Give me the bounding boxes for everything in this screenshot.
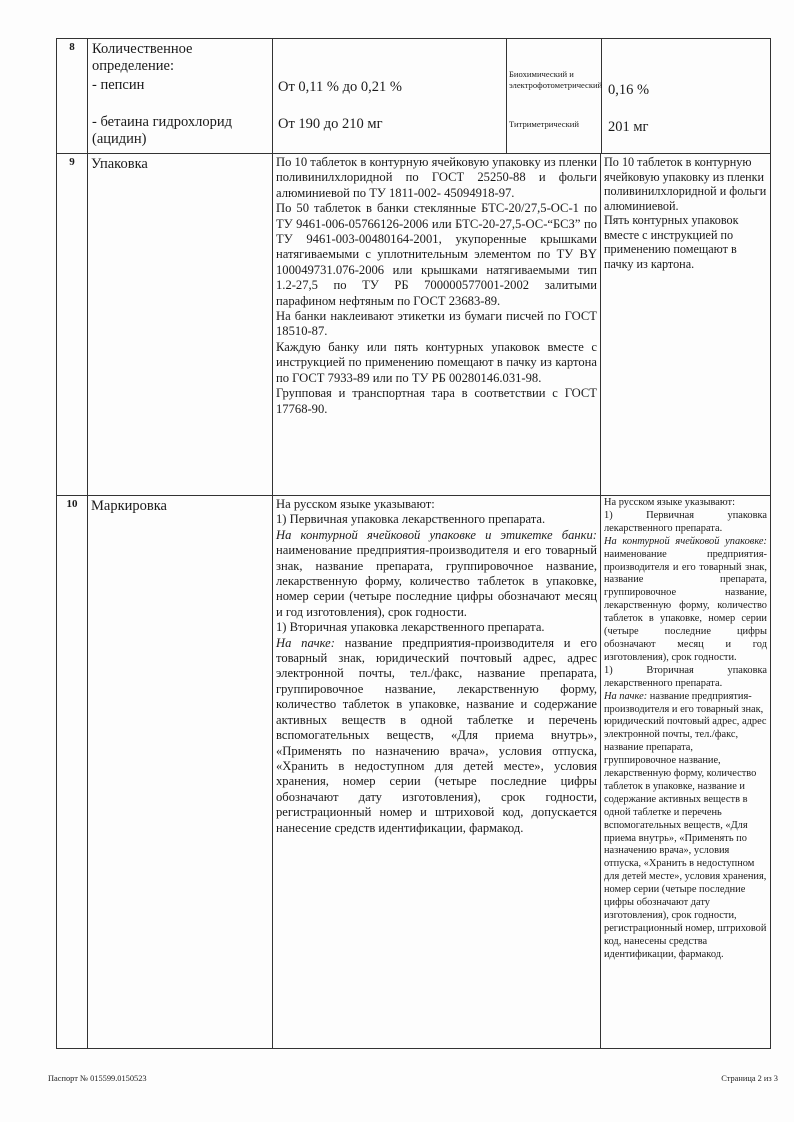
spec-paragraph: Групповая и транспортная тара в соответс… bbox=[276, 386, 597, 417]
row-number: 8 bbox=[57, 39, 88, 154]
spec-primary-label: На контурной ячейковой упаковке и этикет… bbox=[276, 528, 597, 542]
result-paragraph: По 10 таблеток в контурную ячейковую упа… bbox=[604, 155, 767, 213]
page-indicator: Страница 2 из 3 bbox=[721, 1074, 778, 1083]
result-secondary-heading: 1) Вторичная упаковка лекарственного пре… bbox=[604, 665, 767, 691]
spec-value: От 190 до 210 мг bbox=[278, 116, 383, 133]
result-primary-text: наименование предприятия-производителя и… bbox=[604, 549, 767, 663]
result-primary-heading: 1) Первичная упаковка лекарственного пре… bbox=[604, 510, 767, 536]
method: Титриметрический bbox=[509, 119, 601, 130]
table-row-marking: 10 Маркировка На русском языке указывают… bbox=[57, 496, 771, 1049]
spec-paragraph: Каждую банку или пять контурных упаковок… bbox=[276, 340, 597, 386]
result-secondary-label: На пачке: bbox=[604, 691, 647, 702]
spec-cell: На русском языке указывают: 1) Первичная… bbox=[273, 496, 601, 1049]
spec-secondary-text: название предприятия-производителя и его… bbox=[276, 636, 597, 835]
name-line: (ацидин) bbox=[92, 131, 147, 148]
row-name: Упаковка bbox=[88, 154, 273, 496]
name-line: - пепсин bbox=[92, 77, 144, 94]
document-page: 8 Количественное определение: - пепсин -… bbox=[0, 0, 794, 1122]
spec-primary-heading: 1) Первичная упаковка лекарственного пре… bbox=[276, 512, 597, 527]
row-name: Маркировка bbox=[88, 496, 273, 1049]
spec-secondary-label: На пачке: bbox=[276, 636, 335, 650]
spec-paragraph: На банки наклеивают этикетки из бумаги п… bbox=[276, 309, 597, 340]
result-value: 0,16 % bbox=[608, 82, 649, 99]
name-line: Количественное bbox=[92, 41, 192, 58]
row-number: 10 bbox=[57, 496, 88, 1049]
spec-intro: На русском языке указывают: bbox=[276, 497, 597, 512]
table-row-quantitative: 8 Количественное определение: - пепсин -… bbox=[57, 39, 771, 154]
result-cell: На русском языке указывают: 1) Первичная… bbox=[601, 496, 771, 1049]
result-intro: На русском языке указывают: bbox=[604, 497, 767, 510]
spec-paragraph: По 10 таблеток в контурную ячейковую упа… bbox=[276, 155, 597, 201]
result-cell: По 10 таблеток в контурную ячейковую упа… bbox=[601, 154, 771, 496]
row-number: 9 bbox=[57, 154, 88, 496]
result-primary-label: На контурной ячейковой упаковке: bbox=[604, 536, 767, 547]
passport-number: Паспорт № 015599.0150523 bbox=[48, 1074, 147, 1083]
result-paragraph: Пять контурных упаковок вместе с инструк… bbox=[604, 213, 767, 271]
result-value: 201 мг bbox=[608, 119, 649, 136]
name-line: определение: bbox=[92, 58, 174, 75]
spec-method-result-cell: От 0,11 % до 0,21 % От 190 до 210 мг Био… bbox=[273, 39, 771, 154]
row-name: Количественное определение: - пепсин - б… bbox=[88, 39, 273, 154]
method: Биохимический и электрофотометрический bbox=[509, 69, 601, 91]
name-line: - бетаина гидрохлорид bbox=[92, 114, 232, 131]
table-row-packaging: 9 Упаковка По 10 таблеток в контурную яч… bbox=[57, 154, 771, 496]
spec-value: От 0,11 % до 0,21 % bbox=[278, 79, 402, 96]
spec-primary-text: наименование предприятия-производителя и… bbox=[276, 543, 597, 619]
passport-table: 8 Количественное определение: - пепсин -… bbox=[56, 38, 771, 1049]
result-secondary-text: название предприятия-производителя и его… bbox=[604, 691, 767, 960]
spec-secondary-heading: 1) Вторичная упаковка лекарственного пре… bbox=[276, 620, 597, 635]
spec-paragraph: По 50 таблеток в банки стеклянные БТС-20… bbox=[276, 201, 597, 309]
spec-cell: По 10 таблеток в контурную ячейковую упа… bbox=[273, 154, 601, 496]
